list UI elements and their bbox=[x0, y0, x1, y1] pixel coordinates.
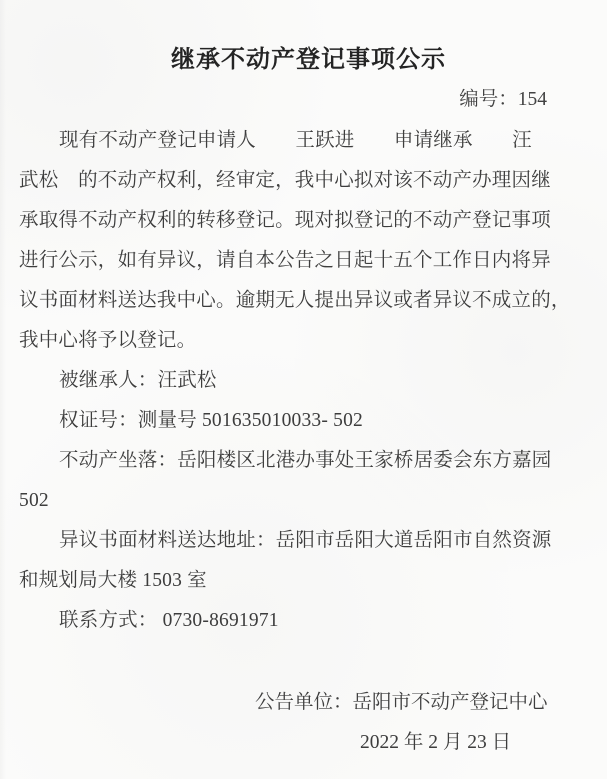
notice-document: 继承不动产登记事项公示 编号：154 现有不动产登记申请人 王跃进 申请继承 汪… bbox=[0, 0, 607, 779]
announcing-unit: 公告单位：岳阳市不动产登记中心 bbox=[0, 683, 607, 723]
announcement-date: 2022 年 2 月 23 日 bbox=[0, 723, 607, 763]
document-title: 继承不动产登记事项公示 bbox=[0, 0, 607, 76]
contact-line: 联系方式： 0730-8691971 bbox=[19, 601, 557, 641]
signature-block: 公告单位：岳阳市不动产登记中心 2022 年 2 月 23 日 bbox=[0, 683, 607, 763]
property-location-line: 不动产坐落：岳阳楼区北港办事处王家桥居委会东方嘉园 bbox=[19, 441, 557, 481]
body-line: 承取得不动产权利的转移登记。现对拟登记的不动产登记事项 bbox=[19, 201, 557, 241]
body-line: 武松 的不动产权利，经审定，我中心拟对该不动产办理因继 bbox=[19, 161, 557, 201]
objection-address-line: 和规划局大楼 1503 室 bbox=[19, 561, 557, 601]
property-location-line: 502 bbox=[19, 481, 557, 521]
body-line: 进行公示，如有异议，请自本公告之日起十五个工作日内将异 bbox=[19, 241, 557, 281]
decedent-line: 被继承人：汪武松 bbox=[19, 361, 557, 401]
objection-address-line: 异议书面材料送达地址：岳阳市岳阳大道岳阳市自然资源 bbox=[19, 521, 557, 561]
document-number: 编号：154 bbox=[0, 85, 607, 115]
body-line: 现有不动产登记申请人 王跃进 申请继承 汪 bbox=[19, 121, 557, 161]
document-body: 现有不动产登记申请人 王跃进 申请继承 汪 武松 的不动产权利，经审定，我中心拟… bbox=[19, 121, 557, 641]
body-line: 我中心将予以登记。 bbox=[19, 321, 557, 361]
certificate-no-line: 权证号：测量号 501635010033- 502 bbox=[19, 401, 557, 441]
body-line: 议书面材料送达我中心。逾期无人提出异议或者异议不成立的， bbox=[19, 281, 557, 321]
